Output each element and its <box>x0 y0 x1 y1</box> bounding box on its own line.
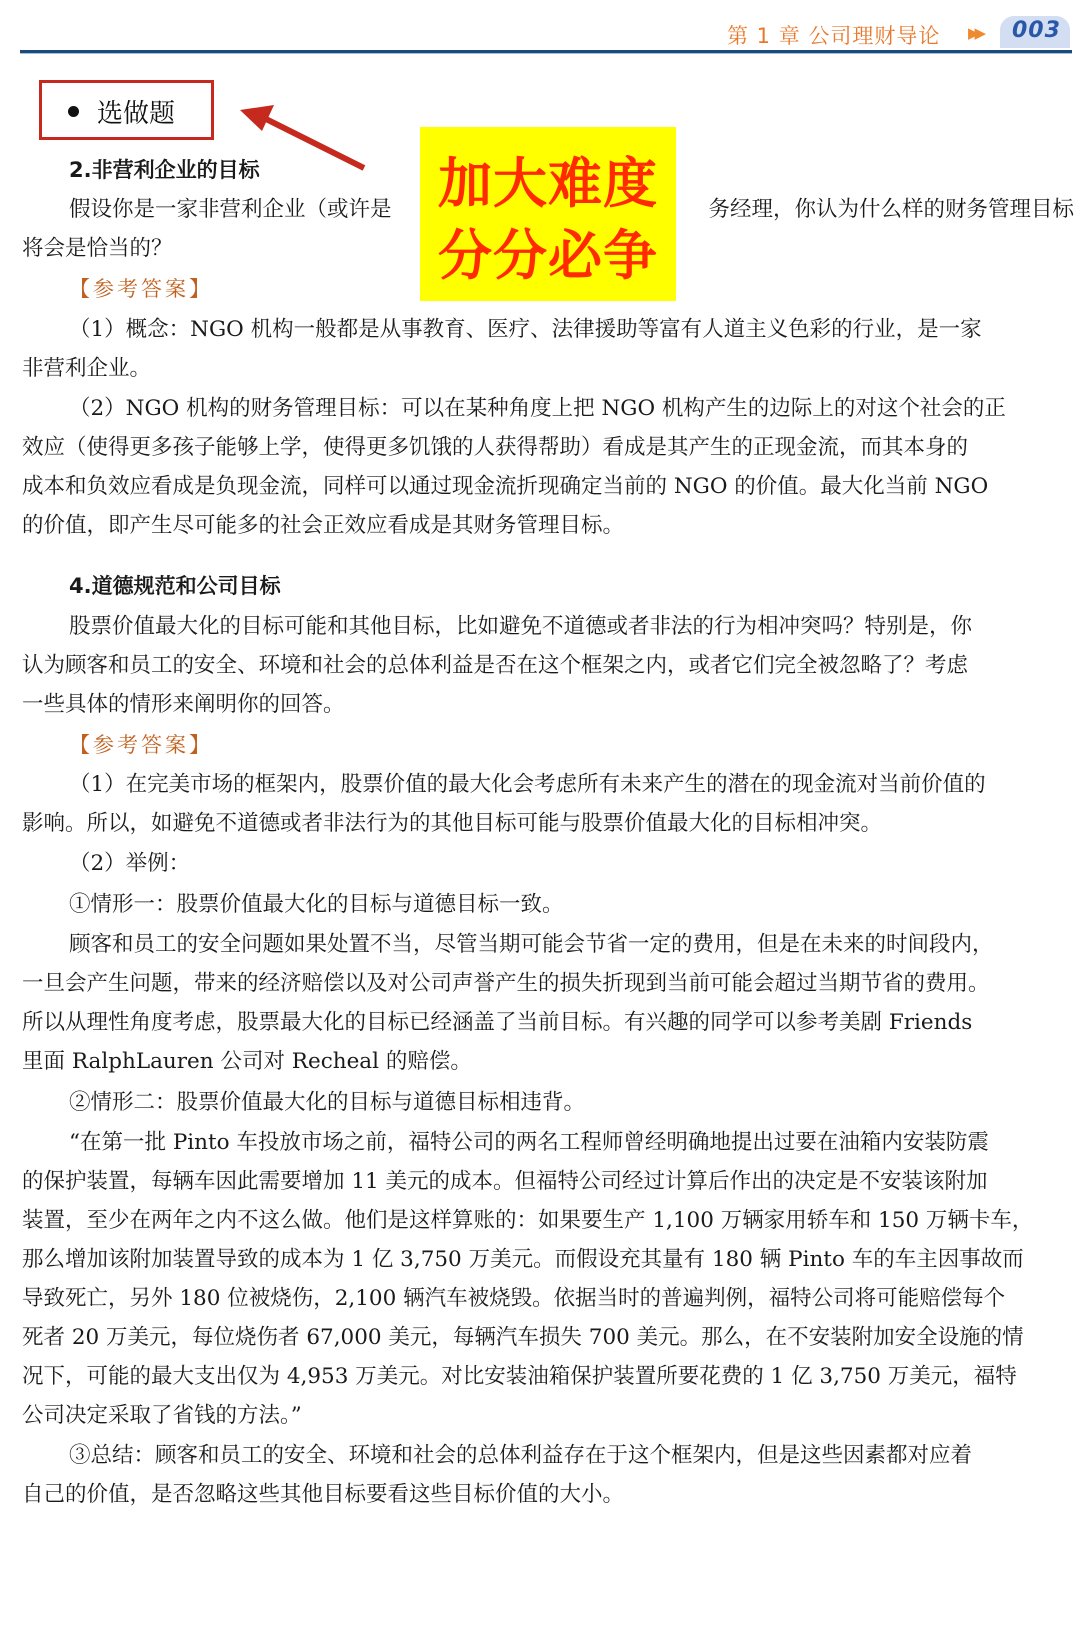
answer-label: 【参考答案】 <box>22 725 213 765</box>
answer-2-p2-line: 成本和负效应看成是负现金流，同样可以通过现金流折现确定当前的 NGO 的价值。最… <box>22 467 988 507</box>
case-2-line: “在第一批 Pinto 车投放市场之前，福特公司的两名工程师曾经明确地提出过要在… <box>22 1123 989 1163</box>
question-2-line-2: 将会是恰当的？ <box>22 229 173 269</box>
optional-questions-box: 选做题 <box>39 80 214 140</box>
question-4-line: 认为顾客和员工的安全、环境和社会的总体利益是否在这个框架之内，或者它们完全被忽略… <box>22 646 968 686</box>
overlay-line-2: 分分必争 <box>420 213 676 290</box>
case-2-line: 导致死亡，另外 180 位被烧伤，2,100 辆汽车被烧毁。依据当时的普遍判例，… <box>22 1279 1005 1319</box>
case-1-line: 一旦会产生问题，带来的经济赔偿以及对公司声誉产生的损失折现到当前可能会超过当期节… <box>22 964 990 1004</box>
chapter-title: 第 1 章 公司理财导论 <box>727 20 940 50</box>
overlay-line-1: 加大难度 <box>420 141 676 218</box>
summary-line: ③总结：顾客和员工的安全、环境和社会的总体利益存在于这个框架内，但是这些因素都对… <box>22 1436 972 1476</box>
page-number: 003 <box>1012 18 1061 43</box>
case-2-line: 况下，可能的最大支出仅为 4,953 万美元。对比安装油箱保护装置所要花费的 1… <box>22 1357 1017 1397</box>
bullet-icon <box>68 106 79 117</box>
optional-label: 选做题 <box>97 99 175 129</box>
answer-label: 【参考答案】 <box>22 269 213 309</box>
summary-line: 自己的价值，是否忽略这些其他目标要看这些目标价值的大小。 <box>22 1475 624 1515</box>
answer-2-p2-line: 效应（使得更多孩子能够上学，使得更多饥饿的人获得帮助）看成是其产生的正现金流，而… <box>22 428 968 468</box>
header-rule-thin <box>20 53 1072 54</box>
section-heading-2: 2.非营利企业的目标 <box>22 150 260 190</box>
question-2-line-1-right: 务经理，你认为什么样的财务管理目标 <box>708 190 1074 230</box>
question-4-line: 股票价值最大化的目标可能和其他目标，比如避免不道德或者非法的行为相冲突吗？特别是… <box>22 607 972 647</box>
case-1-line: 里面 RalphLauren 公司对 Recheal 的赔偿。 <box>22 1042 472 1082</box>
answer-4-p1-line: （1）在完美市场的框架内，股票价值的最大化会考虑所有未来产生的潜在的现金流对当前… <box>22 765 986 805</box>
case-2-line: 公司决定采取了省钱的方法。” <box>22 1396 302 1436</box>
answer-4-p2-label: （2）举例： <box>22 844 190 884</box>
case-1-line: 所以从理性角度考虑，股票最大化的目标已经涵盖了当前目标。有兴趣的同学可以参考美剧… <box>22 1003 972 1043</box>
case-2-line: 的保护装置，每辆车因此需要增加 11 美元的成本。但福特公司经过计算后作出的决定… <box>22 1162 988 1202</box>
section-heading-4: 4.道德规范和公司目标 <box>22 566 281 606</box>
answer-2-p2-line: （2）NGO 机构的财务管理目标：可以在某种角度上把 NGO 机构产生的边际上的… <box>22 389 1006 429</box>
case-1-title: ①情形一：股票价值最大化的目标与道德目标一致。 <box>22 885 564 925</box>
case-2-line: 那么增加该附加装置导致的成本为 1 亿 3,750 万美元。而假设充其量有 18… <box>22 1240 1024 1280</box>
difficulty-overlay: 加大难度 分分必争 <box>420 127 676 301</box>
answer-2-p2-line: 的价值，即产生尽可能多的社会正效应看成是其财务管理目标。 <box>22 506 624 546</box>
double-arrow-icon: ▶▶ <box>968 24 981 42</box>
case-2-title: ②情形二：股票价值最大化的目标与道德目标相违背。 <box>22 1083 585 1123</box>
case-1-line: 顾客和员工的安全问题如果处置不当，尽管当期可能会节省一定的费用，但是在未来的时间… <box>22 925 994 965</box>
answer-4-p1-line: 影响。所以，如避免不道德或者非法行为的其他目标可能与股票价值最大化的目标相冲突。 <box>22 804 882 844</box>
case-2-line: 死者 20 万美元，每位烧伤者 67,000 美元，每辆汽车损失 700 美元。… <box>22 1318 1024 1358</box>
question-4-line: 一些具体的情形来阐明你的回答。 <box>22 685 345 725</box>
case-2-line: 装置，至少在两年之内不这么做。他们是这样算账的：如果要生产 1,100 万辆家用… <box>22 1201 1033 1241</box>
answer-2-p1-line-1: （1）概念：NGO 机构一般都是从事教育、医疗、法律援助等富有人道主义色彩的行业… <box>22 310 982 350</box>
answer-2-p1-line-2: 非营利企业。 <box>22 349 151 389</box>
